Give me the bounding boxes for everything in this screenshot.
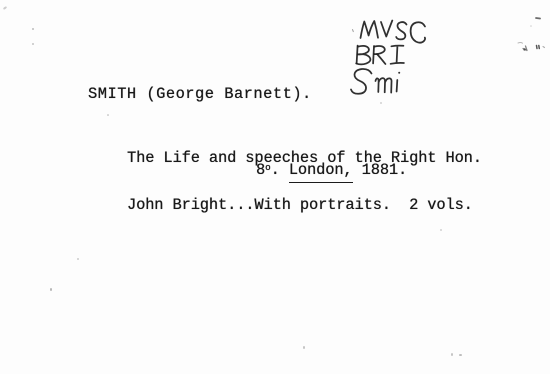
speck <box>303 346 305 349</box>
catalog-card: SMITH (George Barnett). The Life and spe… <box>0 0 550 374</box>
shelfmark-line-2-bri <box>356 46 404 65</box>
format-superscript: o <box>265 162 271 173</box>
author-heading: SMITH (George Barnett). <box>88 85 312 103</box>
imprint-line: 8o. London, 1881. <box>256 161 407 179</box>
speck <box>380 102 382 104</box>
format-numeral: 8 <box>256 161 265 179</box>
speck <box>357 205 359 207</box>
speck <box>107 114 109 116</box>
title-line-2: John Bright...With portraits. 2 vols. <box>127 198 482 214</box>
pencil-scribble <box>505 15 550 60</box>
speck <box>50 288 52 291</box>
shelfmark-line-1-mvsc <box>353 21 426 43</box>
speck <box>440 229 442 231</box>
imprint-place: London, <box>289 161 353 183</box>
speck <box>32 28 34 30</box>
speck <box>451 353 453 356</box>
shelfmark-handwriting <box>345 10 455 102</box>
speck <box>32 43 34 45</box>
imprint-date: 1881. <box>353 161 408 179</box>
shelfmark-line-3-smi <box>351 69 400 94</box>
speck <box>3 6 7 10</box>
speck <box>77 258 79 260</box>
imprint-separator: . <box>271 161 289 179</box>
speck <box>459 354 462 356</box>
